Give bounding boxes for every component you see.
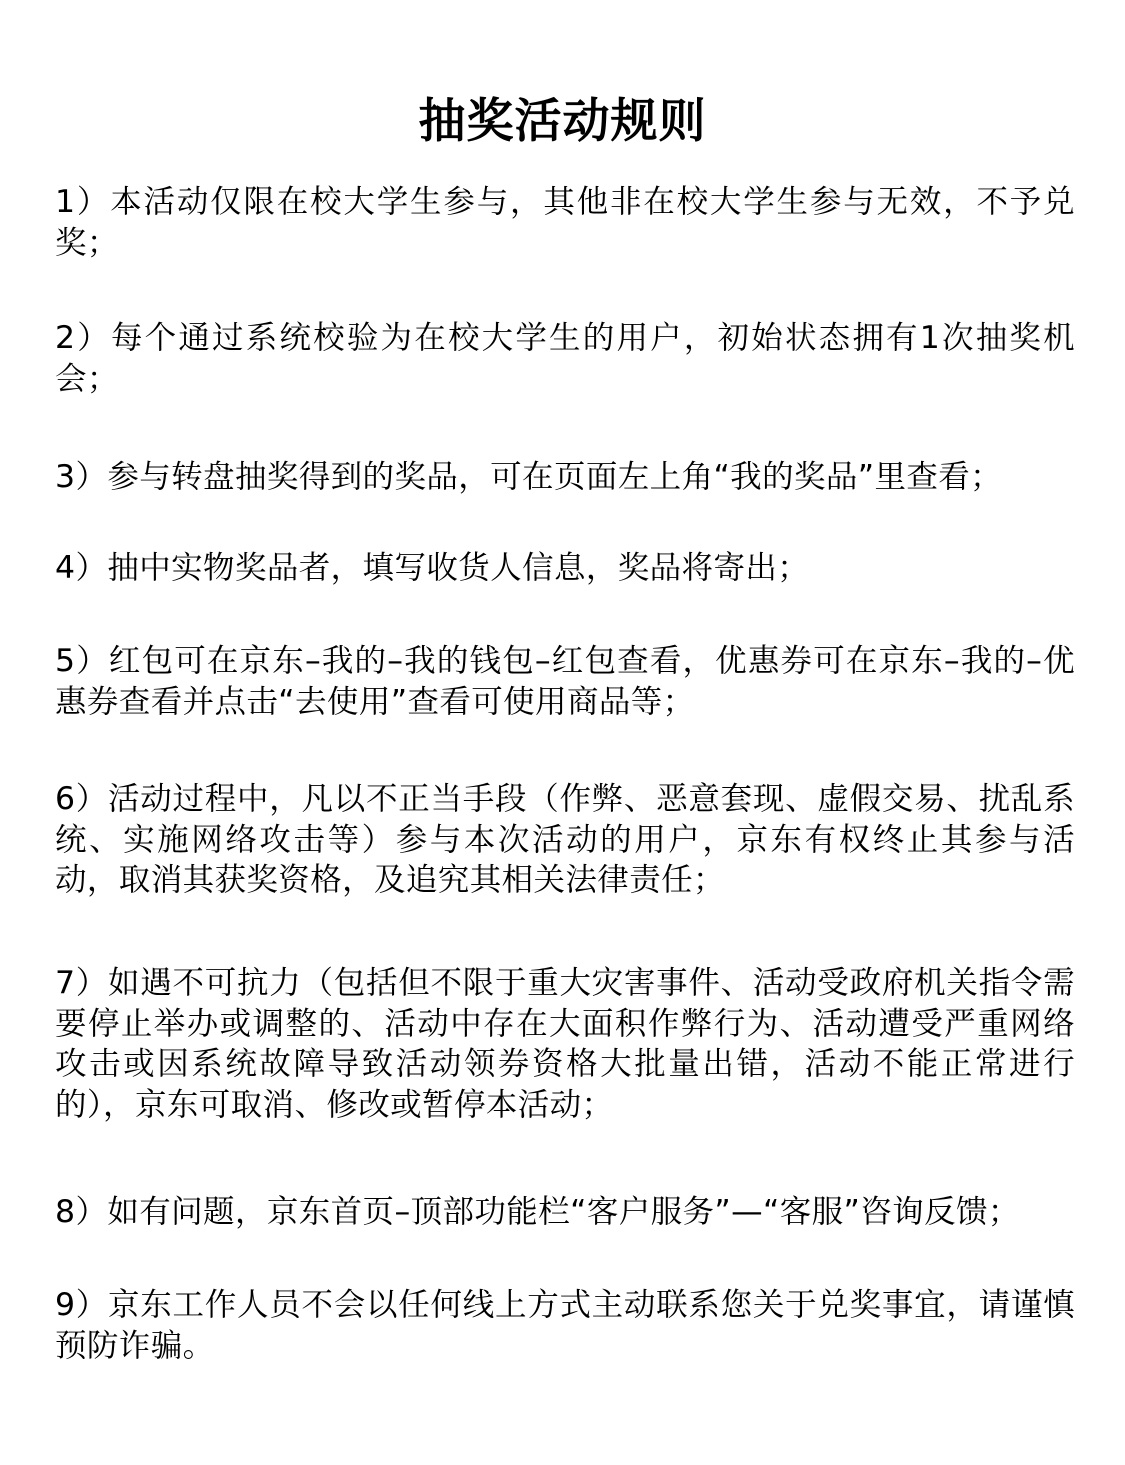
rule-number: 5） bbox=[55, 643, 109, 679]
rule-item-2: 2）每个通过系统校验为在校大学生的用户，初始状态拥有1次抽奖机会； bbox=[55, 318, 1075, 399]
rule-number: 4） bbox=[55, 550, 107, 586]
rule-number: 2） bbox=[55, 320, 111, 356]
rule-item-1: 1）本活动仅限在校大学生参与，其他非在校大学生参与无效，不予兑奖； bbox=[55, 182, 1075, 263]
rule-text: 本活动仅限在校大学生参与，其他非在校大学生参与无效，不予兑奖； bbox=[55, 184, 1075, 261]
rule-text: 参与转盘抽奖得到的奖品，可在页面左上角“我的奖品”里查看； bbox=[107, 459, 1002, 495]
rule-item-9: 9）京东工作人员不会以任何线上方式主动联系您关于兑奖事宜，请谨慎预防诈骗。 bbox=[55, 1285, 1075, 1366]
rule-number: 1） bbox=[55, 184, 110, 220]
rule-text: 京东工作人员不会以任何线上方式主动联系您关于兑奖事宜，请谨慎预防诈骗。 bbox=[55, 1287, 1075, 1364]
rule-number: 8） bbox=[55, 1194, 107, 1230]
rule-item-8: 8）如有问题，京东首页–顶部功能栏“客户服务”—“客服”咨询反馈； bbox=[55, 1192, 1075, 1233]
rule-text: 如遇不可抗力（包括但不限于重大灾害事件、活动受政府机关指令需要停止举办或调整的、… bbox=[55, 965, 1075, 1123]
rule-text: 活动过程中，凡以不正当手段（作弊、恶意套现、虚假交易、扰乱系统、实施网络攻击等）… bbox=[55, 781, 1075, 898]
rule-number: 6） bbox=[55, 781, 108, 817]
rule-number: 3） bbox=[55, 459, 107, 495]
rule-item-6: 6）活动过程中，凡以不正当手段（作弊、恶意套现、虚假交易、扰乱系统、实施网络攻击… bbox=[55, 779, 1075, 901]
rule-number: 7） bbox=[55, 965, 108, 1001]
page-title: 抽奖活动规则 bbox=[0, 89, 1125, 155]
rule-item-7: 7）如遇不可抗力（包括但不限于重大灾害事件、活动受政府机关指令需要停止举办或调整… bbox=[55, 963, 1075, 1125]
rule-item-4: 4）抽中实物奖品者，填写收货人信息，奖品将寄出； bbox=[55, 548, 1075, 589]
rule-text: 抽中实物奖品者，填写收货人信息，奖品将寄出； bbox=[107, 550, 809, 586]
rule-number: 9） bbox=[55, 1287, 108, 1323]
rule-text: 红包可在京东–我的–我的钱包–红包查看，优惠券可在京东–我的–优惠券查看并点击“… bbox=[55, 643, 1075, 720]
rule-text: 如有问题，京东首页–顶部功能栏“客户服务”—“客服”咨询反馈； bbox=[107, 1194, 1019, 1230]
rule-text: 每个通过系统校验为在校大学生的用户，初始状态拥有1次抽奖机会； bbox=[55, 320, 1075, 397]
rule-item-3: 3）参与转盘抽奖得到的奖品，可在页面左上角“我的奖品”里查看； bbox=[55, 457, 1075, 498]
rule-item-5: 5）红包可在京东–我的–我的钱包–红包查看，优惠券可在京东–我的–优惠券查看并点… bbox=[55, 641, 1075, 722]
